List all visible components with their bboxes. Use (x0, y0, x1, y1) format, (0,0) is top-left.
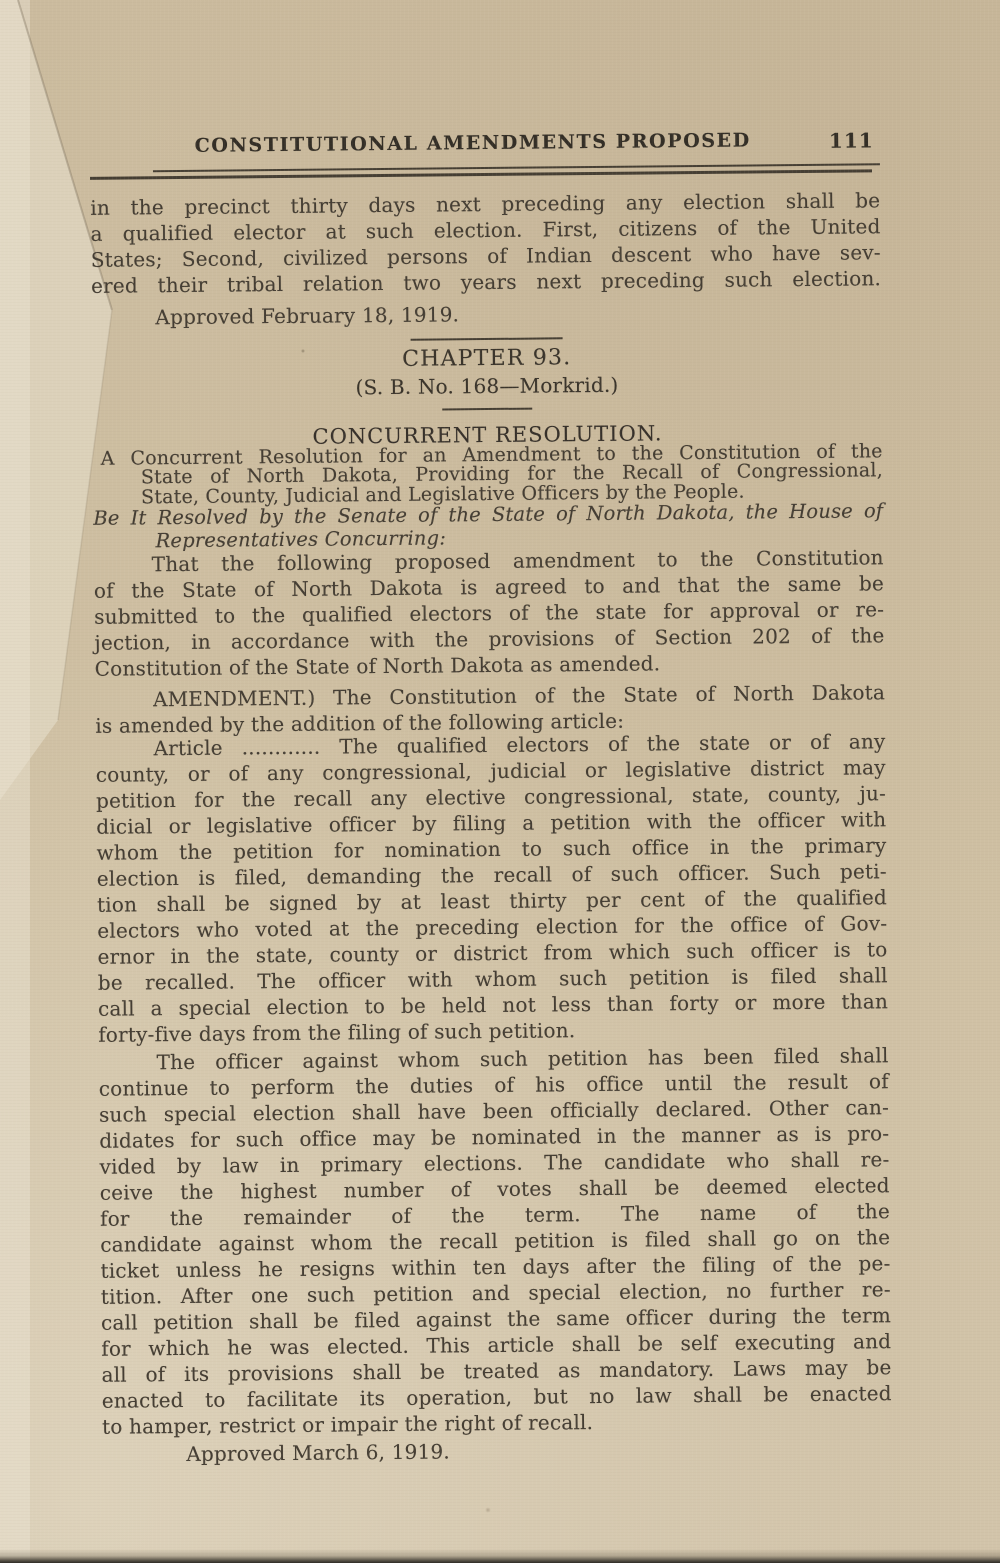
scan-bottom-edge (0, 1549, 1000, 1563)
page-content: CONSTITUTIONAL AMENDMENTS PROPOSED 111 i… (90, 128, 893, 1468)
intro-paragraph: in the precinct thirty days next precedi… (90, 187, 881, 299)
running-title: CONSTITUTIONAL AMENDMENTS PROPOSED (78, 128, 868, 158)
resolution-title-paragraph: A Concurrent Resolution for an Amendment… (93, 442, 884, 508)
page-number: 111 (829, 128, 874, 152)
section-divider-rule (442, 407, 532, 410)
body-paragraph: That the following proposed amendment to… (94, 544, 885, 682)
approved-date-line: Approved March 6, 1919. (102, 1434, 892, 1468)
approved-date-line: Approved February 18, 1919. (91, 297, 881, 331)
section-divider-rule (411, 337, 563, 340)
body-paragraph: Article ............ The qualified elect… (95, 728, 888, 1048)
scanned-book-page: CONSTITUTIONAL AMENDMENTS PROPOSED 111 i… (0, 0, 1000, 1563)
running-header: CONSTITUTIONAL AMENDMENTS PROPOSED 111 (90, 128, 880, 162)
header-double-rule (90, 163, 880, 179)
body-paragraph: The officer against whom such petition h… (98, 1042, 892, 1440)
